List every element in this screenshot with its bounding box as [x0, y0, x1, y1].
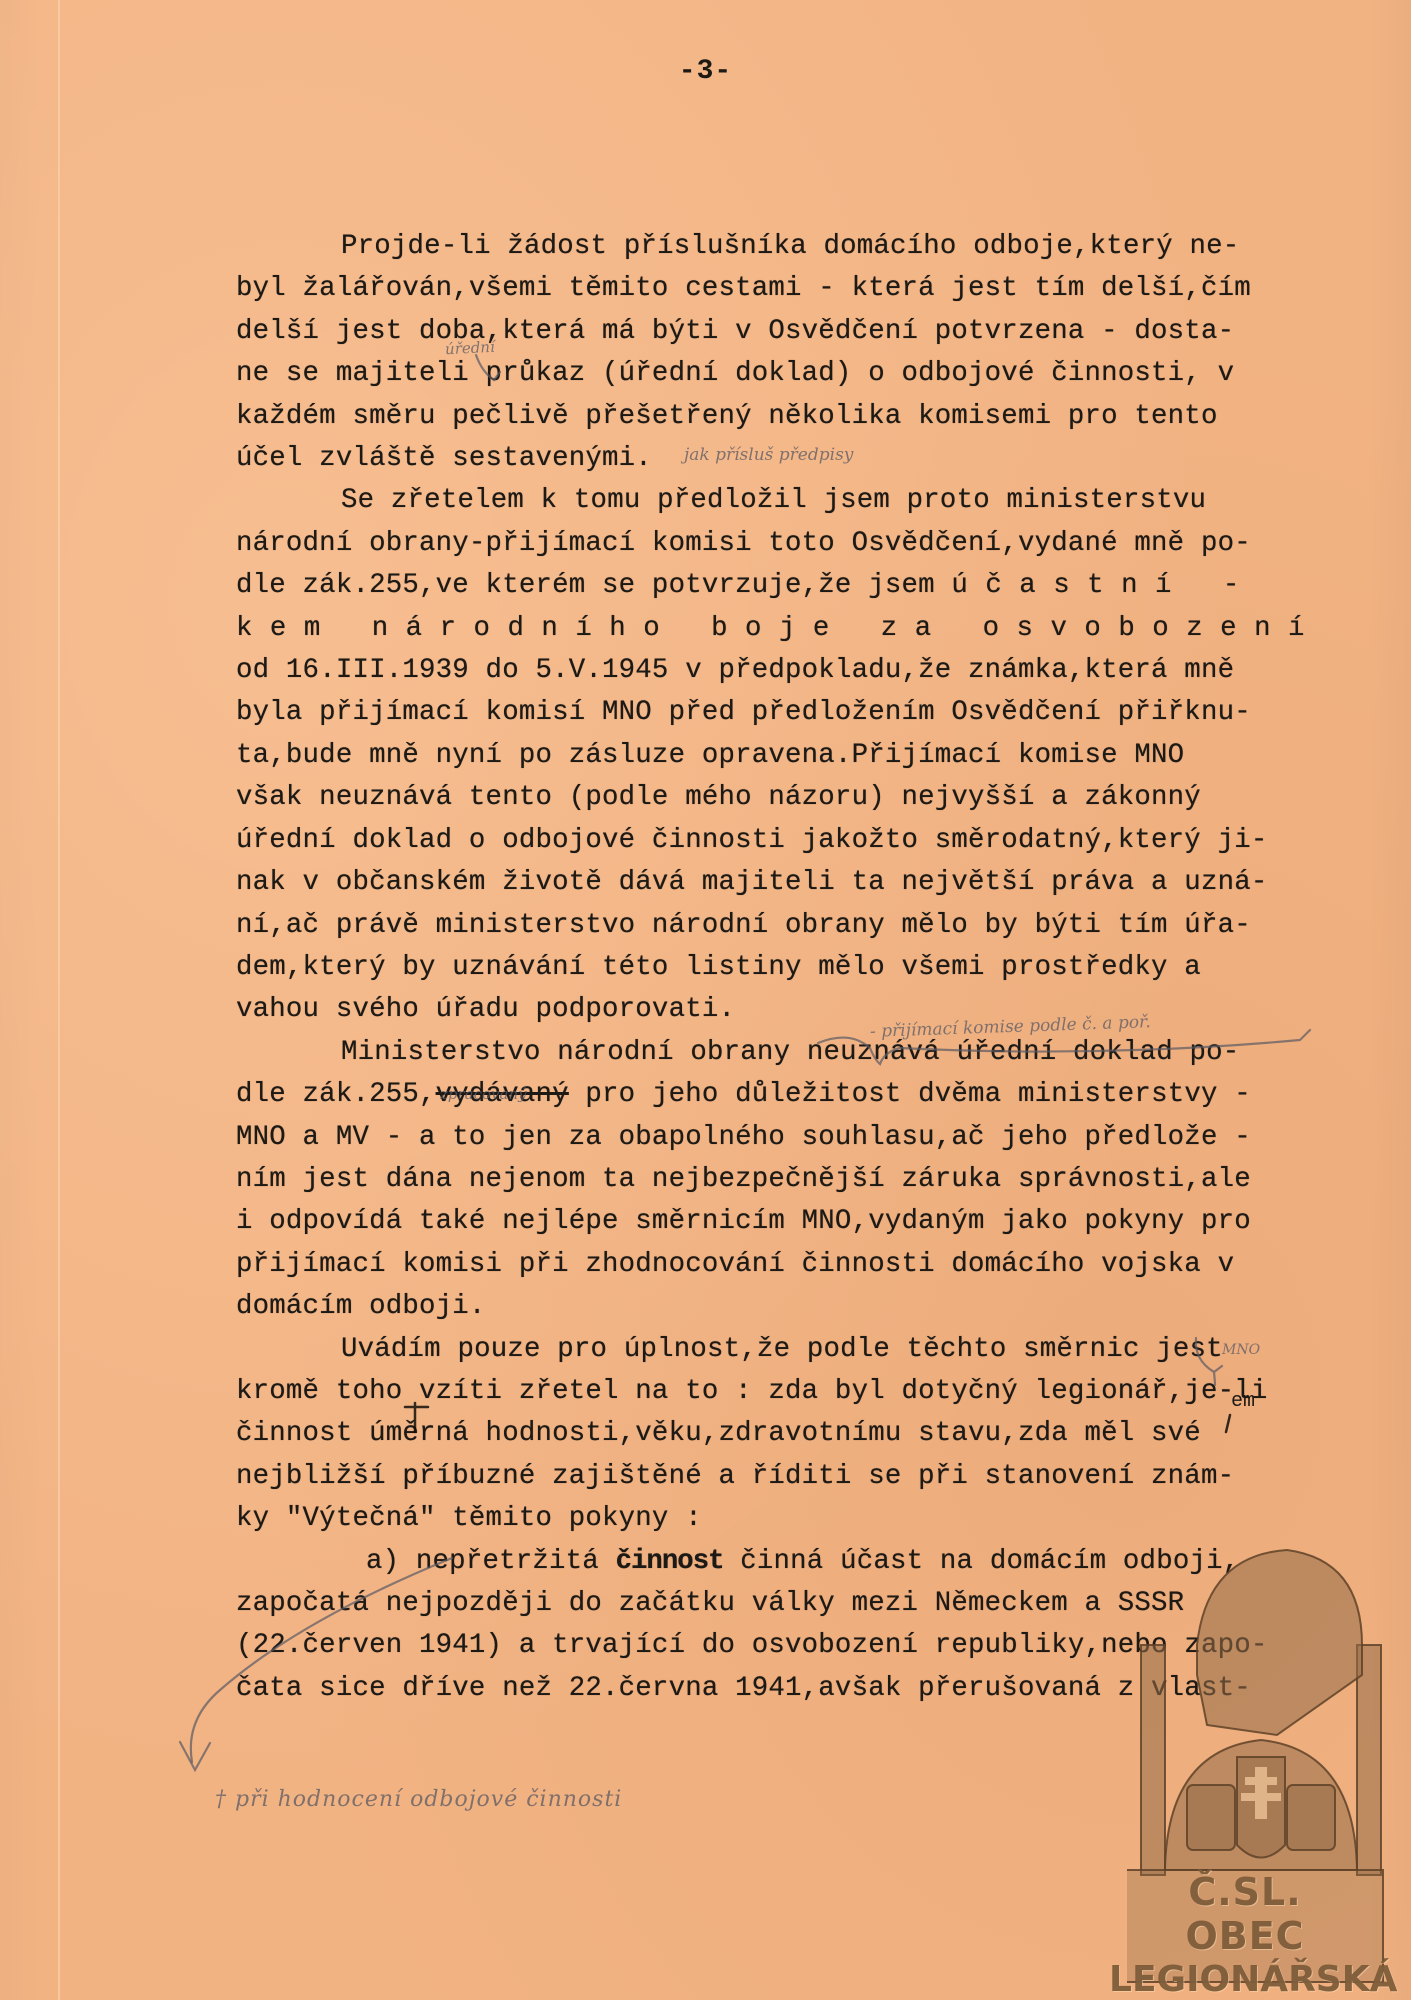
emblem-fasces-left — [1141, 1645, 1165, 1875]
text-line: Ministerstvo národní obrany neuznává úře… — [236, 1032, 1356, 1074]
text-line: úřední doklad o odbojové činnosti jakožt… — [236, 820, 1356, 862]
emblem-helmet-icon — [1197, 1550, 1362, 1735]
emblem-shield-right-icon — [1287, 1785, 1335, 1850]
text-line: kromě toho vzíti zřetel na to : zda byl … — [236, 1371, 1356, 1413]
text-line: byla přijímací komisí MNO před předložen… — [236, 692, 1356, 734]
text-line: dle zák.255,ve kterém se potvrzuje,že js… — [236, 565, 1356, 607]
text-line: vahou svého úřadu podporovati. — [236, 989, 1356, 1031]
text-line: i odpovídá také nejlépe směrnicím MNO,vy… — [236, 1201, 1356, 1243]
text-line: však neuznává tento (podle mého názoru) … — [236, 777, 1356, 819]
text-line: Se zřetelem k tomu předložil jsem proto … — [236, 480, 1356, 522]
text-line: dle zák.255,vydávaný pro jeho důležitost… — [236, 1074, 1356, 1116]
emblem-shield-left-icon — [1187, 1785, 1235, 1850]
text-fragment: pro jeho důležitost dvěma ministerstvy - — [569, 1079, 1251, 1110]
text-line: ním jest dána nejenom ta nejbezpečnější … — [236, 1159, 1356, 1201]
text-line: ta,bude mně nyní po zásluze opravena.Při… — [236, 735, 1356, 777]
text-line: od 16.III.1939 do 5.V.1945 v předpokladu… — [236, 650, 1356, 692]
text-line: delší jest doba,která má býti v Osvědčen… — [236, 311, 1356, 353]
arrow-head-icon — [180, 1742, 210, 1770]
emblem-caption-line1: Č.SL. OBEC — [1109, 1870, 1381, 1958]
emblem-caption-line2: LEGIONÁŘSKÁ — [1109, 1958, 1381, 2000]
spaced-emphasis-line: kem národního boje za osvobození — [236, 608, 1356, 650]
text-line: MNO a MV - a to jen za obapolného souhla… — [236, 1117, 1356, 1159]
text-line: přijímací komisi při zhodnocování činnos… — [236, 1244, 1356, 1286]
spaced-emphasis: účastní - — [951, 570, 1256, 601]
text-fragment: dle zák.255, — [236, 1079, 436, 1110]
text-line: národní obrany-přijímací komisi toto Osv… — [236, 523, 1356, 565]
text-line: Uvádím pouze pro úplnost,že podle těchto… — [236, 1329, 1356, 1371]
paper-crease — [58, 0, 60, 2000]
overstruck-word: činnost — [616, 1546, 724, 1577]
pencil-note-bottom: † při hodnocení odbojové činnosti — [215, 1787, 622, 1812]
text-line: nejbližší příbuzné zajištěné a říditi se… — [236, 1456, 1356, 1498]
text-fragment: a) nepřetržitá — [366, 1546, 616, 1577]
text-line: Projde-li žádost příslušníka domácího od… — [236, 226, 1356, 268]
emblem-fasces-right — [1357, 1645, 1381, 1875]
pencil-note-after-sestavenymi: jak přísluš předpisy — [684, 445, 853, 465]
page-number: -3- — [0, 56, 1411, 87]
text-line: dem,který by uznávání této listiny mělo … — [236, 947, 1356, 989]
emblem-caption: Č.SL. OBEC LEGIONÁŘSKÁ — [1109, 1870, 1381, 2000]
text-line: ne se majiteli průkaz (úřední doklad) o … — [236, 353, 1356, 395]
text-line: každém směru pečlivě přešetřený několika… — [236, 396, 1356, 438]
text-fragment: dle zák.255,ve kterém se potvrzuje,že js… — [236, 570, 935, 601]
typed-insertion-em: em — [1231, 1390, 1255, 1413]
text-line: nak v občanském životě dává majiteli ta … — [236, 862, 1356, 904]
pencil-note-uredni: úřední — [445, 338, 496, 359]
text-line: ní,ač právě ministerstvo národní obrany … — [236, 905, 1356, 947]
pencil-note-zpracovany: zpracovaný — [440, 1085, 527, 1103]
pencil-note-mno: MNO — [1222, 1342, 1260, 1358]
text-line: činnost úměrná hodnosti,věku,zdravotnímu… — [236, 1413, 1356, 1455]
text-line: domácím odboji. — [236, 1286, 1356, 1328]
text-line: byl žalářován,všemi těmito cestami - kte… — [236, 268, 1356, 310]
